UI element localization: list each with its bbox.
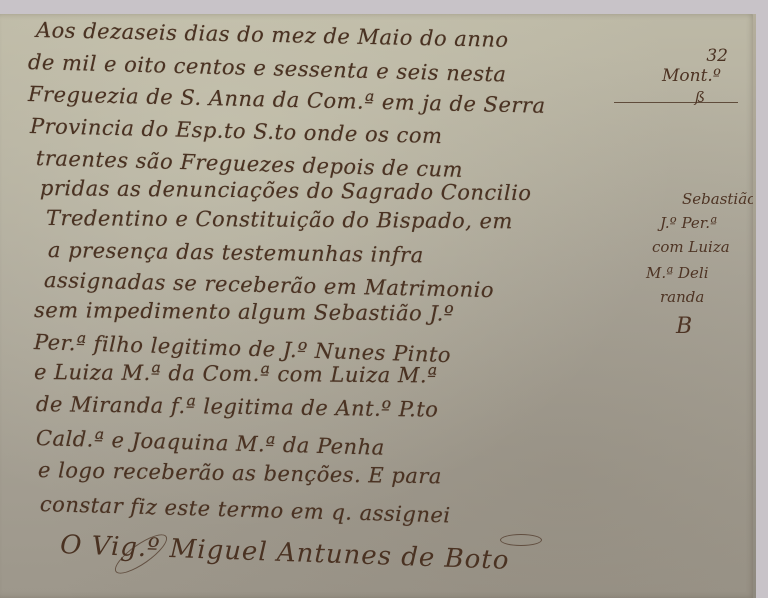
body-line-7: Tredentino e Constituição do Bispado, em <box>46 206 513 233</box>
body-line-12: e Luiza M.ª da Com.ª com Luiza M.ª <box>34 360 438 388</box>
body-line-10: sem impedimento algum Sebastião J.º <box>34 298 454 326</box>
body-line-1: Aos dezaseis dias do mez de Maio do anno <box>36 18 509 52</box>
margin-note-underline <box>614 102 738 103</box>
body-line-3: Freguezia de S. Anna da Com.ª em ja de S… <box>28 82 546 118</box>
margin-note-entry-line5: randa <box>660 288 704 306</box>
page-edge <box>753 14 756 598</box>
manuscript-page: 32 Mont.º ß Sebastião J.º Per.ª com Luiz… <box>0 14 756 598</box>
body-line-9: assignadas se receberão em Matrimonio <box>44 268 495 302</box>
document-scan: 32 Mont.º ß Sebastião J.º Per.ª com Luiz… <box>0 0 768 598</box>
margin-note-entry-line1: Sebastião <box>682 190 756 208</box>
body-line-13: de Miranda f.ª legitima de Ant.º P.to <box>36 392 439 422</box>
body-line-8: a presença das testemunhas infra <box>48 238 424 267</box>
margin-note-top-line1: Mont.º <box>662 66 721 86</box>
margin-note-top-line2: ß <box>695 88 705 106</box>
body-line-16: constar fiz este termo em q. assignei <box>40 492 451 527</box>
body-line-6: pridas as denunciações do Sagrado Concil… <box>40 176 532 205</box>
margin-note-entry-line6: B <box>676 314 692 339</box>
margin-note-entry-line3: com Luiza <box>652 238 730 256</box>
body-line-4: Provincia do Esp.to S.to onde os com <box>30 114 443 148</box>
page-number: 32 <box>706 46 728 66</box>
closing-flourish <box>500 534 542 546</box>
body-line-14: Cald.ª e Joaquina M.ª da Penha <box>36 426 385 460</box>
body-line-2: de mil e oito centos e sessenta e seis n… <box>28 50 507 87</box>
margin-note-entry-line2: J.º Per.ª <box>660 214 717 232</box>
body-line-15: e logo receberão as benções. E para <box>38 458 442 488</box>
margin-note-entry-line4: M.ª Deli <box>646 264 709 282</box>
